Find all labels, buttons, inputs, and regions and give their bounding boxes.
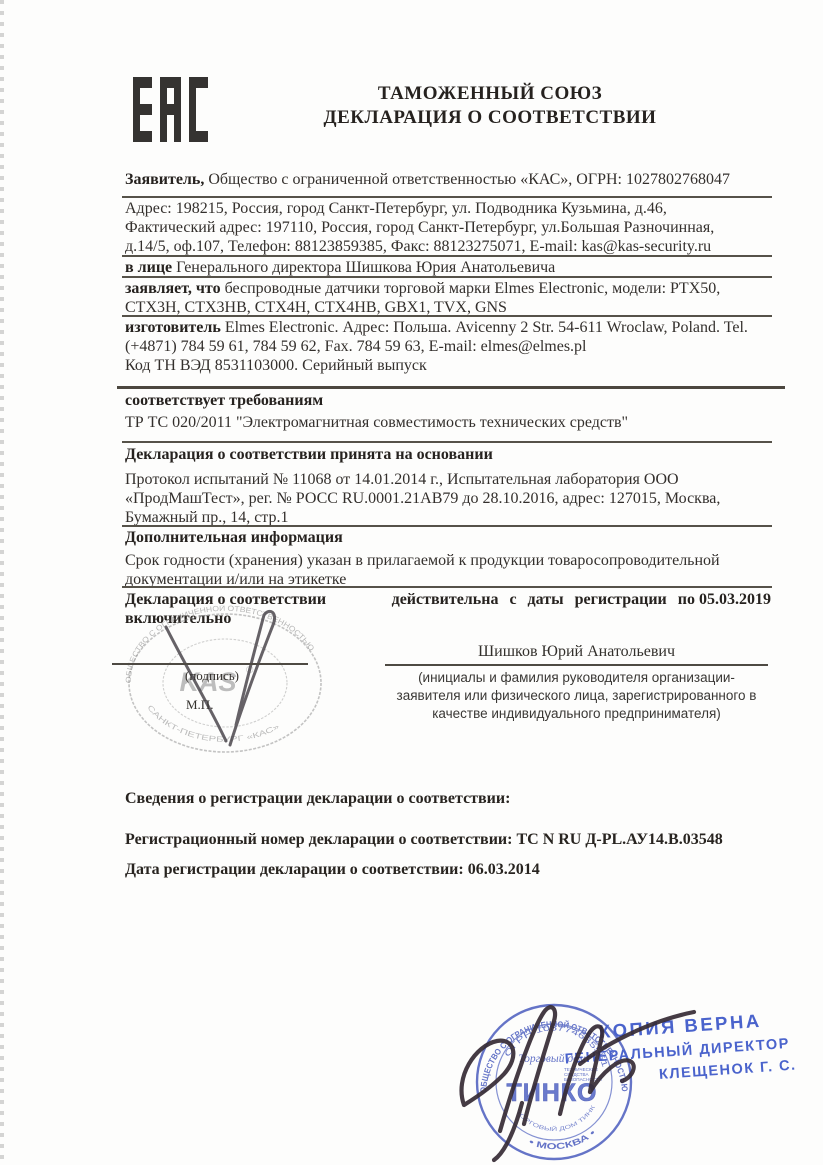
in-person-label: в лице — [125, 259, 172, 276]
applicant-row: Заявитель, Общество с ограниченной ответ… — [125, 170, 771, 189]
rule — [122, 315, 772, 317]
signature-line-left — [112, 663, 308, 665]
document-title: ТАМОЖЕННЫЙ СОЮЗ ДЕКЛАРАЦИЯ О СООТВЕТСТВИ… — [240, 82, 740, 130]
registration-number-value: ТС N RU Д-PL.АУ14.В.03548 — [516, 831, 722, 848]
caption-line: заявителя или физического лица, зарегист… — [385, 687, 768, 705]
validity-body-text: действительна с даты регистрации по — [392, 591, 695, 608]
declares-text-1: беспроводные датчики торговой марки Elme… — [221, 280, 721, 297]
registration-date-row: Дата регистрации декларации о соответств… — [125, 861, 785, 879]
additional-heading: Дополнительная информация — [125, 528, 771, 547]
rule — [122, 586, 772, 588]
rule-thick — [117, 386, 785, 389]
basis-heading: Декларация о соответствии принята на осн… — [125, 445, 771, 464]
bottom-stamps: ОБЩЕСТВО С ОГРАНИЧЕННОЙ ОТВЕТСТВЕННОСТЬЮ… — [452, 983, 823, 1165]
complies-heading: соответствует требованиям — [125, 391, 771, 410]
applicant-label: Заявитель, — [125, 171, 204, 188]
manufacturer-text-1: Elmes Electronic. Адрес: Польша. Avicenn… — [221, 319, 748, 336]
registration-number-label: Регистрационный номер декларации о соотв… — [125, 831, 512, 848]
head-name-caption: (инициалы и фамилия руководителя организ… — [385, 669, 768, 723]
rule — [122, 441, 772, 443]
address-line: Адрес: 198215, Россия, город Санкт-Петер… — [125, 199, 771, 218]
head-name: Шишков Юрий Анатольевич — [385, 643, 768, 661]
signature-line-right — [385, 664, 768, 666]
registration-info-label: Сведения о регистрации декларации о соот… — [125, 790, 785, 808]
validity-body: действительна с даты регистрации по 05.0… — [392, 590, 771, 609]
tnved-code-line: Код ТН ВЭД 8531103000. Серийный выпуск — [125, 356, 771, 375]
address-line: д.14/5, оф.107, Телефон: 88123859385, Фа… — [125, 237, 771, 256]
copy-stamp-line-3: КЛЕЩЕНОК Г. С. — [659, 1057, 798, 1083]
scan-edge-artifact — [0, 0, 4, 1165]
basis-line: «ПродМашТест», рег. № РОСС RU.0001.21АВ7… — [125, 489, 771, 508]
basis-line: Протокол испытаний № 11068 от 14.01.2014… — [125, 470, 771, 489]
manufacturer-text-2: (+4871) 784 59 61, 784 59 62, Fax. 784 5… — [125, 337, 771, 356]
in-person-row: в лице Генерального директора Шишкова Юр… — [125, 258, 771, 277]
additional-line: Срок годности (хранения) указан в прилаг… — [125, 551, 771, 570]
title-line-2: ДЕКЛАРАЦИЯ О СООТВЕТСТВИИ — [240, 106, 740, 130]
caption-line: качестве индивидуального предпринимателя… — [385, 705, 768, 723]
registration-date-value: 06.03.2014 — [468, 861, 540, 878]
caption-line: (инициалы и фамилия руководителя организ… — [385, 669, 768, 687]
rule — [122, 276, 772, 278]
manufacturer-row: изготовитель Elmes Electronic. Адрес: По… — [125, 318, 771, 337]
rule — [122, 196, 772, 198]
declares-row: заявляет, что беспроводные датчики торго… — [125, 279, 771, 298]
eac-mark-logo — [133, 77, 209, 143]
manufacturer-label: изготовитель — [125, 319, 221, 336]
address-line: Фактический адрес: 197110, Россия, город… — [125, 218, 771, 237]
applicant-text: Общество с ограниченной ответственностью… — [204, 171, 730, 188]
document-page: ТАМОЖЕННЫЙ СОЮЗ ДЕКЛАРАЦИЯ О СООТВЕТСТВИ… — [0, 0, 823, 1165]
registration-date-label: Дата регистрации декларации о соответств… — [125, 861, 464, 878]
complies-text: ТР ТС 020/2011 "Электромагнитная совмест… — [125, 413, 771, 432]
in-person-text: Генерального директора Шишкова Юрия Анат… — [172, 259, 555, 276]
title-line-1: ТАМОЖЕННЫЙ СОЮЗ — [240, 82, 740, 106]
rule — [122, 525, 772, 527]
registration-number-row: Регистрационный номер декларации о соотв… — [125, 831, 785, 849]
validity-date: 05.03.2019 — [699, 591, 771, 608]
signature-caption: (подпись) — [112, 668, 312, 684]
mp-label: М.П. — [186, 697, 213, 713]
declares-label: заявляет, что — [125, 280, 221, 297]
rule — [122, 255, 772, 257]
